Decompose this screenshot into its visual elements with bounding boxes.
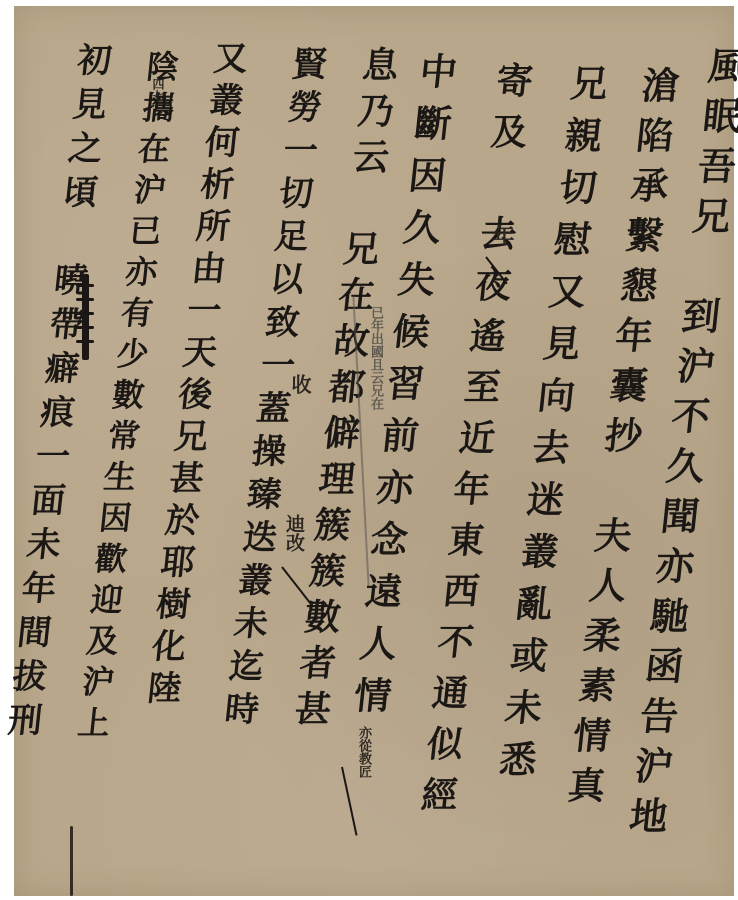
letter-paper: 風眠吾兄 到沪不久聞亦馳函告沪地 滄陷承繫懇年囊抄 夫人柔素情真 兄親切慰又見向…: [14, 6, 734, 896]
annotation-insert-digai: 迪改: [286, 514, 302, 552]
annotation-congjiao-note: 亦從教匠: [356, 726, 370, 778]
correction-mark-tick: [76, 284, 94, 287]
correction-mark-tick: [76, 312, 94, 315]
annotation-insert-nian: 年: [494, 224, 510, 246]
letter-column-10: 初見之頃 曉帶癖痕一面未年間拔刑: [26, 42, 86, 746]
letter-column-3: 兄親切慰又見向去迷叢亂或未悉: [520, 64, 580, 792]
annotation-chuguo-note: 已年出國且云兄在: [368, 306, 382, 410]
final-stroke: [70, 826, 73, 896]
correction-mark-tick: [76, 340, 94, 343]
annotation-insert-shou: 收: [292, 374, 308, 394]
annotation-page-number: 四七: [150, 78, 166, 102]
letter-column-4: 寄及 去夜遙至近年東西不通似經: [444, 62, 504, 827]
correction-mark-tick: [76, 326, 94, 329]
correction-mark-tick: [76, 298, 94, 301]
